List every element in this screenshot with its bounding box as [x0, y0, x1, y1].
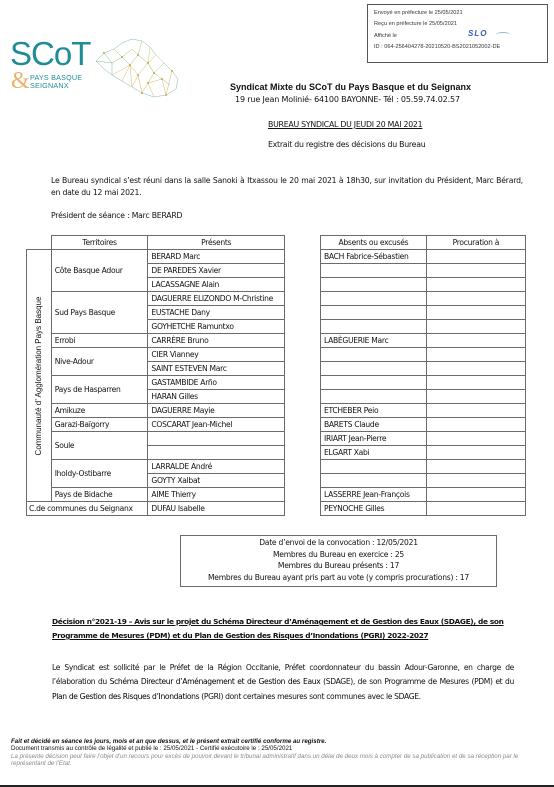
proxy-cell — [426, 320, 525, 334]
members-in-office: Membres du Bureau en exercice : 25 — [181, 549, 496, 561]
present-member-cell: AIME Thierry — [148, 488, 285, 502]
decision-body: Le Syndicat est sollicité par le Préfet … — [52, 661, 514, 704]
sdage-term: Schéma Directeur d’Aménagement et de Ges… — [110, 677, 321, 686]
prefecture-stamp: Envoyé en préfecture le 25/05/2021 Reçu … — [367, 4, 548, 63]
territory-cell: Côte Basque Adour — [51, 250, 148, 292]
present-member-cell: DAGUERRE Mayie — [148, 404, 285, 418]
proxy-cell — [426, 278, 525, 292]
extract-subtitle: Extrait du registre des décisions du Bur… — [268, 140, 425, 149]
pgri-term: Plan de Gestion des Risques d’Inondation… — [52, 692, 199, 701]
proxy-cell — [426, 348, 525, 362]
table-row: LABÈGUERIE Marc — [321, 334, 526, 348]
proxy-cell — [426, 376, 525, 390]
proxy-cell — [426, 460, 525, 474]
territory-cell: Amikuze — [51, 404, 148, 418]
table-row: LASSERRE Jean-François — [321, 488, 526, 502]
absent-member-cell — [321, 292, 427, 306]
group-label-cell: Communauté d’ Agglomération Pays Basque — [27, 250, 52, 502]
group-label: Communauté d’ Agglomération Pays Basque — [33, 296, 45, 455]
table-row — [321, 278, 526, 292]
table-row: AmikuzeDAGUERRE Mayie — [27, 404, 285, 418]
table-row: Communauté d’ Agglomération Pays BasqueC… — [27, 250, 285, 264]
proxy-cell — [426, 264, 525, 278]
stamp-sent: Envoyé en préfecture le 25/05/2021 — [374, 8, 541, 19]
absent-member-cell: PEYNOCHE Gilles — [321, 502, 427, 516]
absent-member-cell — [321, 460, 427, 474]
table-row: Nive-AdourCIER Vianney — [27, 348, 285, 362]
absent-member-cell — [321, 376, 427, 390]
absent-member-cell — [321, 278, 427, 292]
absent-member-cell — [321, 320, 427, 334]
table-row — [321, 306, 526, 320]
corner-cell — [27, 236, 52, 250]
proxy-cell — [426, 432, 525, 446]
proxy-cell — [426, 306, 525, 320]
territory-network-map-icon — [92, 35, 184, 101]
session-president: Président de séance : Marc BERARD — [51, 211, 182, 220]
table-row: Soule — [27, 432, 285, 446]
table-row — [321, 362, 526, 376]
table-row — [321, 376, 526, 390]
header-territories: Territoires — [51, 236, 148, 250]
territory-cell: Sud Pays Basque — [51, 292, 148, 334]
meeting-title: BUREAU SYNDICAL DU JEUDI 20 MAI 2021 — [268, 120, 422, 129]
table-row: Iholdy-OstibarreLARRALDE André — [27, 460, 285, 474]
present-member-cell: COSCARAT Jean-Michel — [148, 418, 285, 432]
territory-cell: Pays de Hasparren — [51, 376, 148, 404]
absent-member-cell — [321, 306, 427, 320]
certification-footer: Fait et décidé en séance les jours, mois… — [11, 738, 551, 768]
territory-cell: Errobi — [51, 334, 148, 348]
table-row: IRIART Jean-Pierre — [321, 432, 526, 446]
scot-logo: SCoT & PAYS BASQUE SEIGNANX — [8, 37, 198, 107]
present-member-cell: EUSTACHE Dany — [148, 306, 285, 320]
territory-cell: Garazi-Baïgorry — [51, 418, 148, 432]
stamp-received: Reçu en préfecture le 25/05/2021 — [374, 19, 541, 30]
present-member-cell: DAGUERRE ELIZONDO M-Christine — [148, 292, 285, 306]
territory-cell: Pays de Bidache — [51, 488, 148, 502]
present-member-cell: BERARD Marc — [148, 250, 285, 264]
table-row — [321, 320, 526, 334]
table-row: PEYNOCHE Gilles — [321, 502, 526, 516]
present-member-cell: GASTAMBIDE Arño — [148, 376, 285, 390]
header-present: Présents — [148, 236, 285, 250]
proxy-cell — [426, 502, 525, 516]
territory-cell: Soule — [51, 432, 148, 460]
table-row — [321, 390, 526, 404]
territory-cell: Nive-Adour — [51, 348, 148, 376]
organization-name: Syndicat Mixte du SCoT du Pays Basque et… — [230, 82, 471, 92]
absent-member-cell — [321, 390, 427, 404]
table-row: Garazi-BaïgorryCOSCARAT Jean-Michel — [27, 418, 285, 432]
proxy-cell — [426, 292, 525, 306]
presence-table: Territoires Présents Communauté d’ Agglo… — [26, 235, 285, 516]
present-member-cell: DE PAREDES Xavier — [148, 264, 285, 278]
decision-title: Décision n°2021-19 – Avis sur le projet … — [52, 615, 514, 643]
slo-swoosh-icon — [496, 32, 510, 37]
present-member-cell — [148, 432, 285, 446]
table-row — [321, 264, 526, 278]
proxy-cell — [426, 404, 525, 418]
attendance-summary: Date d’envoi de la convocation : 12/05/2… — [180, 535, 497, 587]
proxy-cell — [426, 390, 525, 404]
absent-member-cell: ELGART Xabi — [321, 446, 427, 460]
absent-member-cell: IRIART Jean-Pierre — [321, 432, 427, 446]
slo-logo-icon: SLO — [468, 28, 487, 39]
table-row — [321, 460, 526, 474]
table-row — [321, 292, 526, 306]
present-member-cell: GOYHETCHE Ramuntxo — [148, 320, 285, 334]
logo-subtitle: PAYS BASQUE SEIGNANX — [30, 74, 82, 90]
logo-ampersand: & — [11, 69, 30, 93]
present-member-cell: GOYTY Xalbat — [148, 474, 285, 488]
proxy-cell — [426, 362, 525, 376]
convocation-date: Date d’envoi de la convocation : 12/05/2… — [181, 537, 496, 549]
absent-member-cell — [321, 362, 427, 376]
stamp-id: ID : 064-256404278-20210520-BS2021052002… — [374, 42, 541, 53]
proxy-cell — [426, 474, 525, 488]
members-voting: Membres du Bureau ayant pris part au vot… — [121, 572, 554, 584]
present-member-cell: LARRALDE André — [148, 460, 285, 474]
territory-cell: Iholdy-Ostibarre — [51, 460, 148, 488]
table-row: Pays de HasparrenGASTAMBIDE Arño — [27, 376, 285, 390]
table-row: ELGART Xabi — [321, 446, 526, 460]
proxy-cell — [426, 418, 525, 432]
table-row: BACH Fabrice-Sébastien — [321, 250, 526, 264]
present-member-cell: LACASSAGNE Alain — [148, 278, 285, 292]
absence-table: Absents ou excusés Procuration à BACH Fa… — [320, 235, 526, 516]
absent-member-cell — [321, 348, 427, 362]
logo-wordmark: SCoT — [10, 37, 90, 71]
present-member-cell: HARAN Gilles — [148, 390, 285, 404]
present-member-cell: CARRÈRE Bruno — [148, 334, 285, 348]
header-absent: Absents ou excusés — [321, 236, 427, 250]
present-member-cell: SAINT ESTEVEN Marc — [148, 362, 285, 376]
proxy-cell — [426, 250, 525, 264]
intro-paragraph: Le Bureau syndical s’est réuni dans la s… — [51, 175, 523, 199]
footer-certification: Fait et décidé en séance les jours, mois… — [11, 738, 551, 745]
members-present: Membres du Bureau présents : 17 — [181, 560, 496, 572]
presence-body: Communauté d’ Agglomération Pays BasqueC… — [27, 250, 285, 516]
table-row: ETCHEBER Peio — [321, 404, 526, 418]
absence-body: BACH Fabrice-SébastienLABÈGUERIE MarcETC… — [321, 250, 526, 516]
proxy-cell — [426, 334, 525, 348]
absent-member-cell — [321, 264, 427, 278]
table-row: Sud Pays BasqueDAGUERRE ELIZONDO M-Chris… — [27, 292, 285, 306]
present-member-cell: CIER Vianney — [148, 348, 285, 362]
absent-member-cell: BACH Fabrice-Sébastien — [321, 250, 427, 264]
footer-appeal-notice: La présente décision peut faire l’objet … — [11, 753, 551, 768]
table-row: ErrobiCARRÈRE Bruno — [27, 334, 285, 348]
proxy-cell — [426, 488, 525, 502]
absent-member-cell: ETCHEBER Peio — [321, 404, 427, 418]
table-row — [321, 474, 526, 488]
proxy-cell — [426, 446, 525, 460]
header-proxy: Procuration à — [426, 236, 525, 250]
seignanx-cell: C.de communes du Seignanx — [27, 502, 148, 516]
footer-transmission: Document transmis au contrôle de légalit… — [11, 745, 551, 752]
organization-address: 19 rue Jean Molinié- 64100 BAYONNE- Tél … — [235, 95, 460, 104]
present-member-cell: DUFAU Isabelle — [148, 502, 285, 516]
stamp-posted: Affiché le — [374, 31, 541, 42]
table-row — [321, 348, 526, 362]
absent-member-cell: LABÈGUERIE Marc — [321, 334, 427, 348]
absent-member-cell: LASSERRE Jean-François — [321, 488, 427, 502]
table-row: C.de communes du SeignanxDUFAU Isabelle — [27, 502, 285, 516]
absent-member-cell: BARETS Claude — [321, 418, 427, 432]
table-row: BARETS Claude — [321, 418, 526, 432]
present-member-cell — [148, 446, 285, 460]
absent-member-cell — [321, 474, 427, 488]
table-row: Pays de BidacheAIME Thierry — [27, 488, 285, 502]
